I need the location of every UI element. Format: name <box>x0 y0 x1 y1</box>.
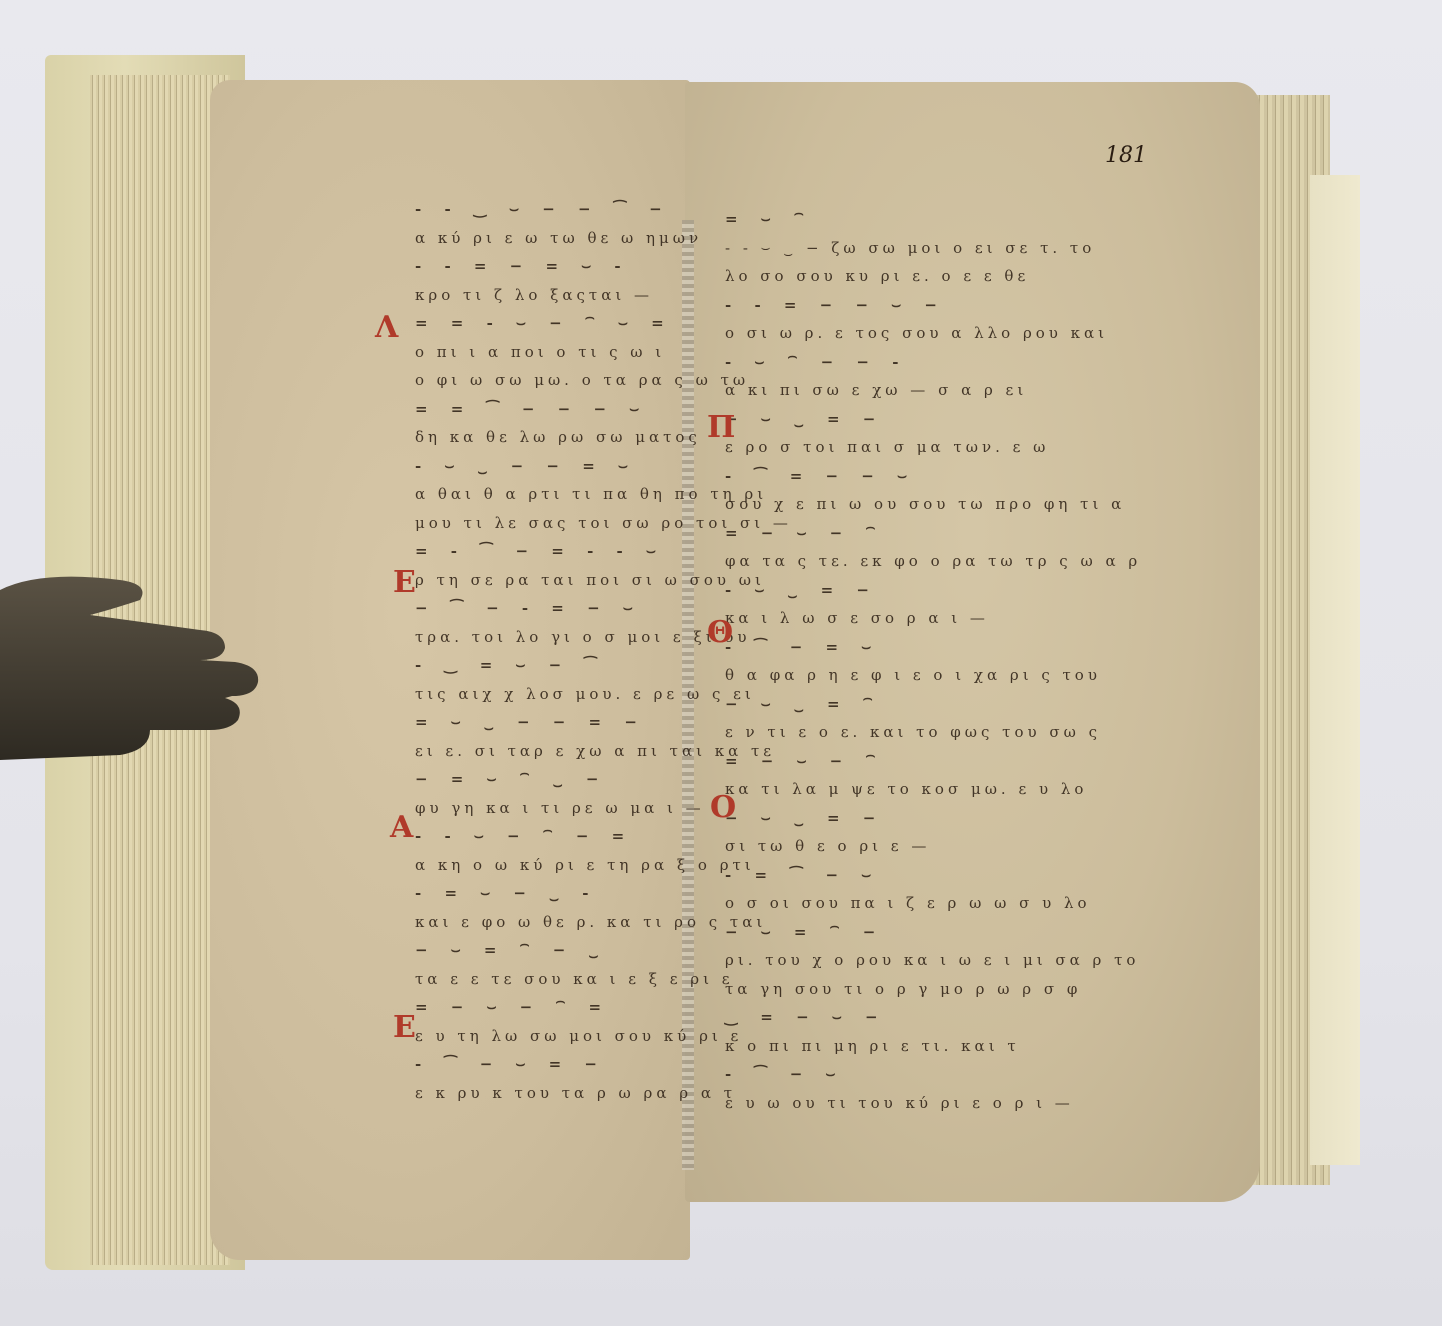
manuscript-line: = − ⌣ − ⁀ <box>725 519 1141 548</box>
manuscript-line: φα τα ς τε. εκ φο ο ρα τω τρ ς ω α ρ <box>725 547 1141 576</box>
manuscript-line: - ⌣ ⁀ − − - <box>725 348 1141 377</box>
manuscript-line: ε ρο σ τοι παι σ μα των. ε ω <box>725 433 1141 462</box>
manuscript-line: ε υ ω ου τι του κύ ρι ε ο ρ ι — <box>725 1089 1141 1118</box>
manuscript-line: − ⌣ ‿ = ⁀ <box>725 690 1141 719</box>
manuscript-line: - ⁀ − = ⌣ <box>725 633 1141 662</box>
manuscript-line: − ⌣ ‿ = − <box>725 405 1141 434</box>
manuscript-line: - - ⌣ ‿ − ζω σω μοι ο ει σε τ. το <box>725 234 1141 263</box>
manuscript-line: ρι. του χ ο ρου κα ι ω ε ι μι σα ρ το <box>725 946 1141 975</box>
manuscript-line: θ α φα ρ η ε φ ι ε ο ι χα ρι ς του <box>725 661 1141 690</box>
manuscript-line: - - = − − ⌣ − <box>725 291 1141 320</box>
manuscript-line: - = ⁀ − ⌣ <box>725 861 1141 890</box>
manuscript-line: κ ο πι πι μη ρι ε τι. και τ <box>725 1032 1141 1061</box>
manuscript-line: α κι πι σω ε χω — σ α ρ ει <box>725 376 1141 405</box>
manuscript-line: σι τω θ ε ο ρι ε — <box>725 832 1141 861</box>
manuscript-line: τα γη σου τι ο ρ γ μο ρ ω ρ σ φ <box>725 975 1141 1004</box>
right-page-number: 181 <box>1105 143 1147 168</box>
manuscript-line: − ⌣ ‿ = − <box>725 804 1141 833</box>
red-initial: Π <box>707 410 735 445</box>
manuscript-line: = − ⌣ − ⁀ <box>725 747 1141 776</box>
red-initial: Θ <box>707 615 733 650</box>
red-initial: Λ <box>375 310 398 345</box>
right-page-text: = ⌣ ⁀ - - ⌣ ‿ − ζω σω μοι ο ει σε τ. το … <box>725 205 1141 1117</box>
red-initial: Ε <box>393 565 416 600</box>
red-initial: Ο <box>710 790 736 825</box>
red-initial: Α <box>390 810 413 845</box>
manuscript-line: ε ν τι ε ο ε. και το φως του σω ς <box>725 718 1141 747</box>
red-initial: Ε <box>393 1010 416 1045</box>
manuscript-line: λο σο σου κυ ρι ε. ο ε ε θε <box>725 262 1141 291</box>
manuscript-line: − ⌣ = ⁀ − <box>725 918 1141 947</box>
manuscript-line: σου χ ε πι ω ου σου τω προ φη τι α <box>725 490 1141 519</box>
manuscript-line: ‿ = − ⌣ − <box>725 1003 1141 1032</box>
manuscript-line: - ⁀ = − − ⌣ <box>725 462 1141 491</box>
metal-hand-page-holder <box>0 570 260 770</box>
manuscript-line: - ⌣ ‿ = − <box>725 576 1141 605</box>
manuscript-line: - ⁀ − ⌣ <box>725 1060 1141 1089</box>
manuscript-line: κα τι λα μ ψε το κοσ μω. ε υ λο <box>725 775 1141 804</box>
manuscript-line: ο σι ω ρ. ε τος σου α λλο ρου και <box>725 319 1141 348</box>
manuscript-line: κα ι λ ω σ ε σο ρ α ι — <box>725 604 1141 633</box>
manuscript-line: ο σ οι σου πα ι ζ ε ρ ω ω σ υ λο <box>725 889 1141 918</box>
book-right-cover <box>1310 175 1360 1165</box>
manuscript-line: = ⌣ ⁀ <box>725 205 1141 234</box>
